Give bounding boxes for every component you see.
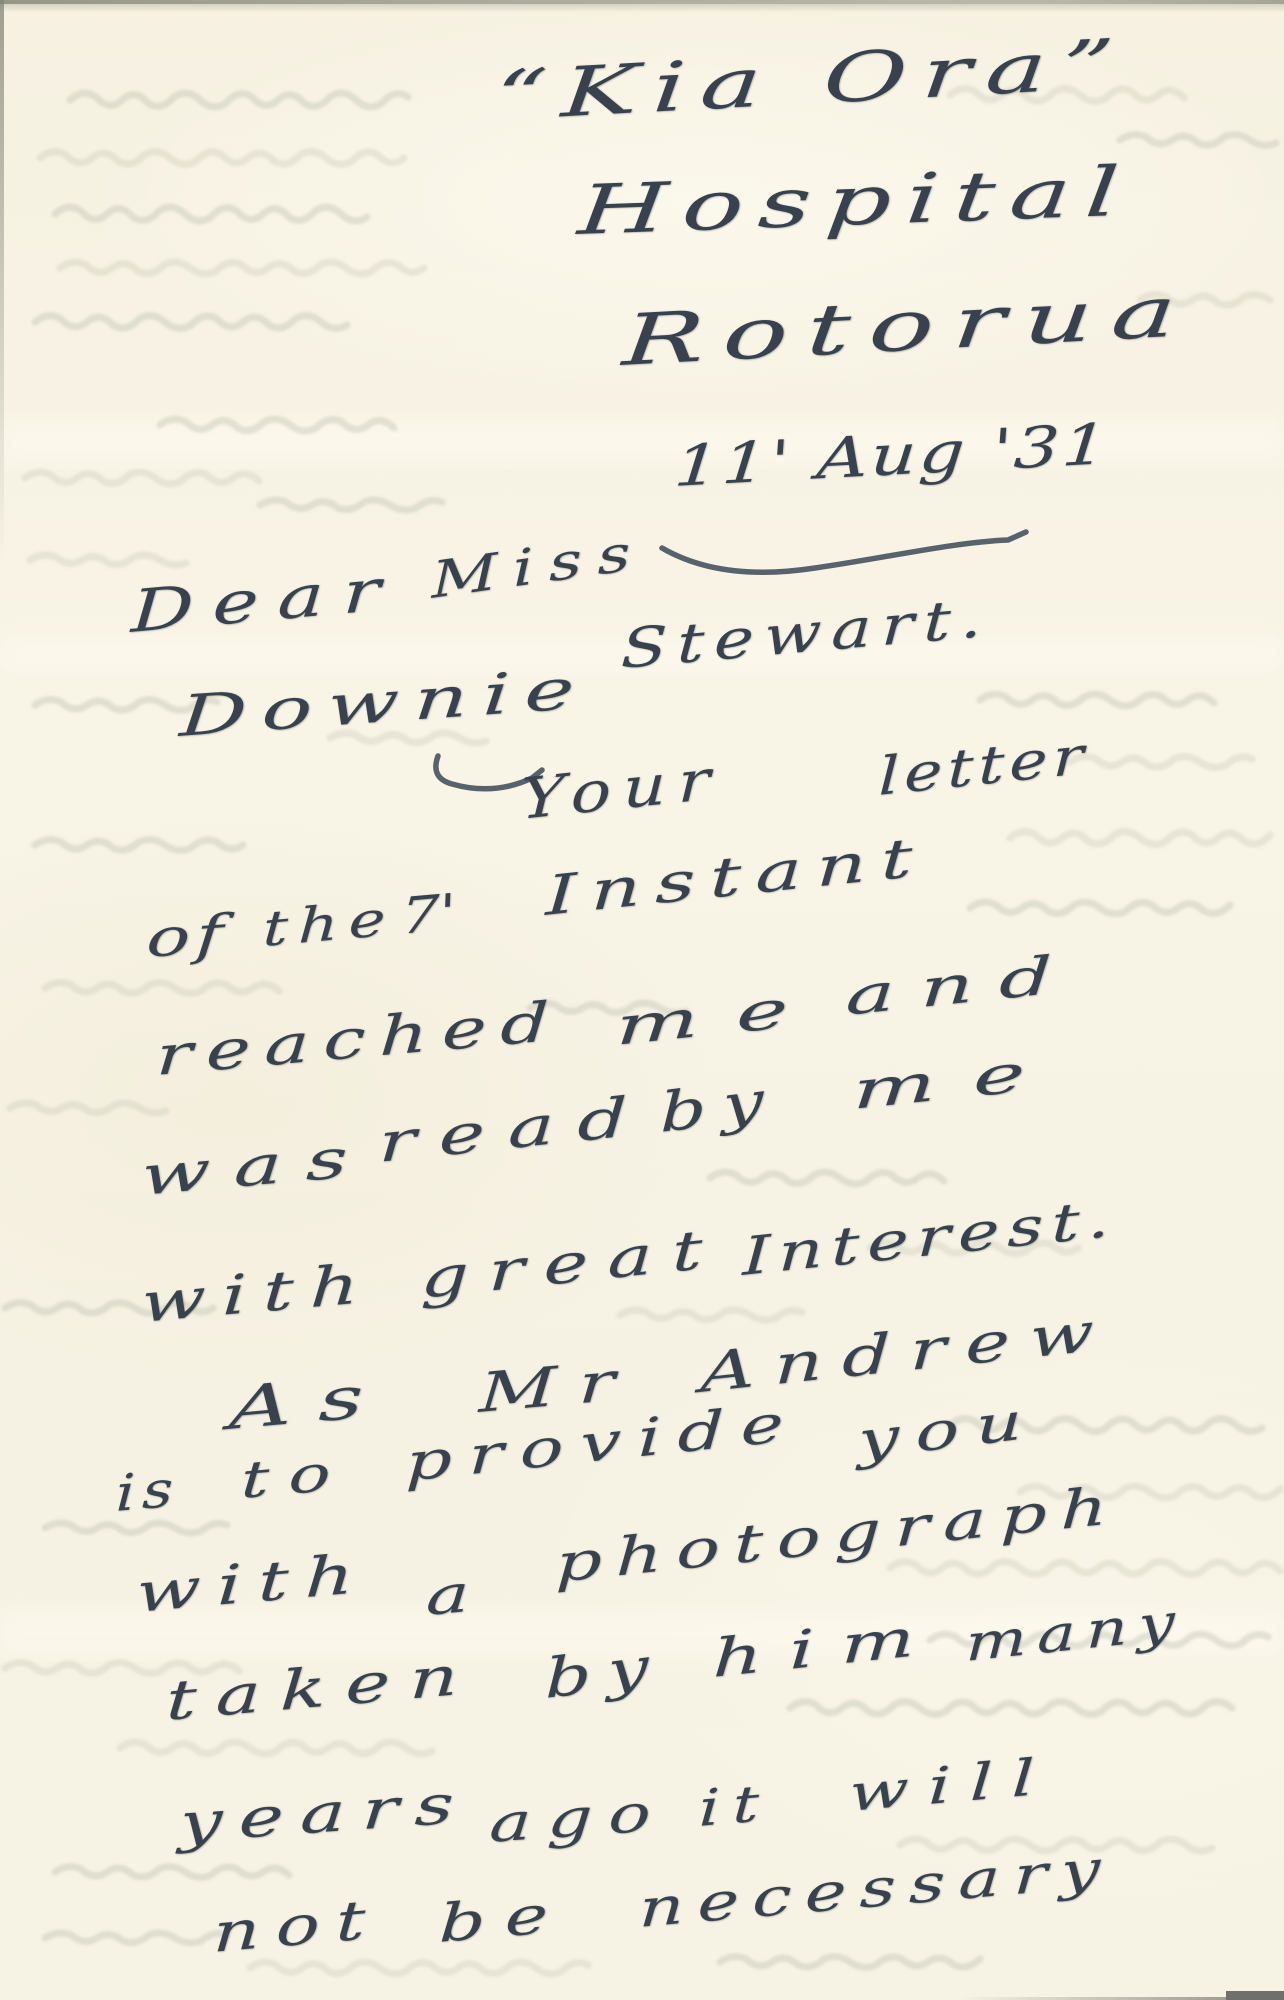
handwritten-word: is <box>115 1459 181 1523</box>
handwritten-word: of <box>145 904 230 970</box>
handwritten-word: photograph <box>555 1475 1122 1595</box>
handwritten-word: by <box>545 1633 664 1711</box>
handwritten-word: 7' <box>400 883 457 946</box>
handwritten-word: was <box>140 1124 373 1208</box>
handwritten-word: taken <box>165 1642 479 1733</box>
handwritten-word: 11' Aug '31 <box>672 412 1112 500</box>
handwritten-word: ago <box>488 1782 668 1855</box>
scan-edge-top-shadow <box>0 4 1284 12</box>
handwritten-word: many <box>965 1592 1185 1673</box>
handwritten-word: read <box>378 1083 651 1175</box>
handwritten-word: Miss <box>431 521 646 610</box>
handwritten-word: it <box>698 1773 773 1838</box>
handwritten-word: Instant <box>545 824 927 928</box>
handwritten-word: me <box>852 1040 1063 1122</box>
handwritten-word: with <box>140 1251 376 1335</box>
handwritten-word: reached <box>155 989 564 1088</box>
handwritten-word: you <box>858 1389 1039 1472</box>
handwritten-word: Hospital <box>575 152 1137 251</box>
handwritten-word: the <box>262 890 397 958</box>
handwritten-word: will <box>848 1747 1055 1823</box>
handwritten-word: Rotorua <box>620 270 1198 382</box>
handwritten-word: him <box>712 1606 942 1690</box>
handwritten-word: by <box>660 1067 779 1145</box>
handwritten-word: not <box>212 1887 382 1965</box>
handwritten-word: letter <box>878 725 1089 808</box>
handwritten-word: a <box>425 1564 470 1628</box>
handwritten-word: and <box>845 943 1078 1028</box>
handwritten-word: Dear <box>130 554 400 646</box>
handwritten-word: years <box>178 1771 472 1855</box>
handwritten-word: Your <box>520 746 722 833</box>
letter-page: “Kia Ora”HospitalRotorua11' Aug '31DearM… <box>0 0 1284 2000</box>
handwriting-layer: “Kia Ora”HospitalRotorua11' Aug '31DearM… <box>0 0 1284 2000</box>
scan-edge-left <box>0 0 4 560</box>
handwritten-word: to <box>240 1442 351 1510</box>
handwritten-word: Interest. <box>742 1188 1118 1288</box>
scan-edge-bottom-right <box>1226 1991 1284 2000</box>
handwritten-word: Andrew <box>700 1298 1114 1405</box>
handwritten-word: As <box>228 1360 391 1443</box>
handwritten-word: me <box>615 976 826 1058</box>
handwritten-word: great <box>420 1216 722 1311</box>
handwritten-word: necessary <box>638 1838 1115 1940</box>
handwritten-word: Downie <box>178 656 591 750</box>
handwritten-word: with <box>135 1541 371 1625</box>
handwritten-word: “Kia Ora” <box>492 24 1131 137</box>
handwritten-word: be <box>438 1883 569 1955</box>
handwritten-word: Stewart. <box>620 585 993 681</box>
